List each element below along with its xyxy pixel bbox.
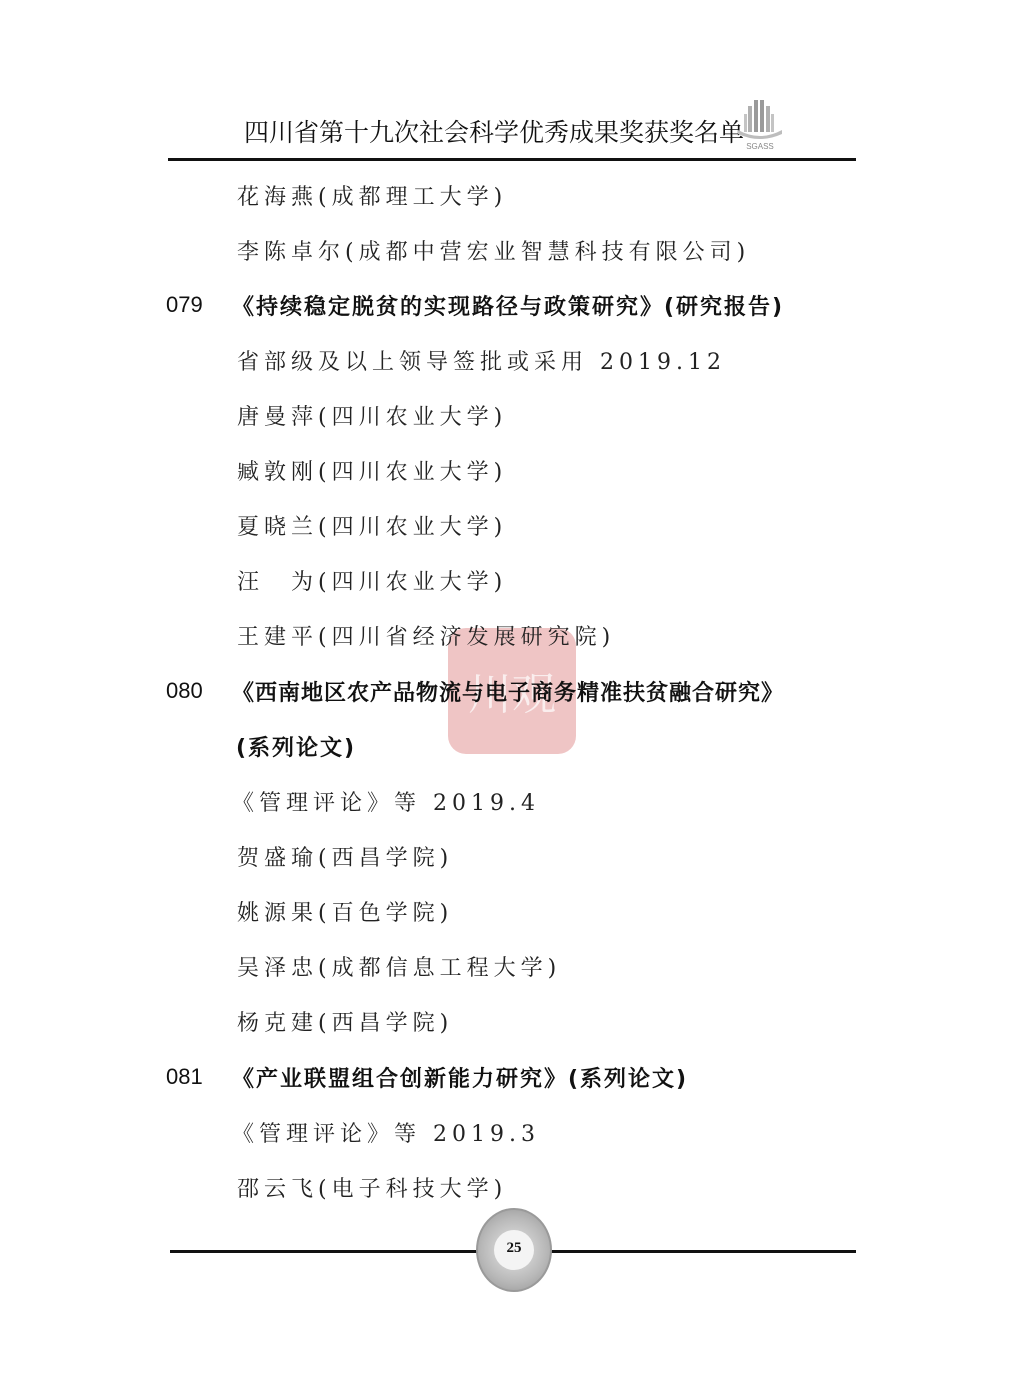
- page-number: 25: [478, 1240, 550, 1257]
- author-line: 王建平(四川省经济发展研究院): [237, 620, 615, 651]
- sgass-logo: SGASS: [734, 98, 786, 156]
- entry-title: 《持续稳定脱贫的实现路径与政策研究》(研究报告): [232, 290, 784, 321]
- entry-title: 《西南地区农产品物流与电子商务精准扶贫融合研究》: [232, 676, 784, 707]
- entry-number: 079: [166, 292, 203, 318]
- footer-divider-right: [546, 1250, 856, 1253]
- author-line: 汪 为(四川农业大学): [237, 565, 507, 596]
- footer-divider-left: [170, 1250, 478, 1253]
- publication-line: 《管理评论》等 2019.3: [232, 1117, 540, 1148]
- author-line: 邵云飞(电子科技大学): [237, 1172, 507, 1203]
- author-line: 姚源果(百色学院): [237, 896, 453, 927]
- author-line: 贺盛瑜(西昌学院): [237, 841, 453, 872]
- author-line: 花海燕(成都理工大学): [237, 180, 507, 211]
- author-line: 杨克建(西昌学院): [237, 1006, 453, 1037]
- publication-line: 省部级及以上领导签批或采用 2019.12: [237, 345, 726, 376]
- logo-text: SGASS: [734, 142, 786, 151]
- page-header-title: 四川省第十九次社会科学优秀成果奖获奖名单: [244, 113, 744, 149]
- publication-line: 《管理评论》等 2019.4: [232, 786, 540, 817]
- header-divider: [168, 158, 856, 161]
- author-line: 夏晓兰(四川农业大学): [237, 510, 507, 541]
- author-line: 臧敦刚(四川农业大学): [237, 455, 507, 486]
- author-line: 唐曼萍(四川农业大学): [237, 400, 507, 431]
- author-line: 吴泽忠(成都信息工程大学): [237, 951, 561, 982]
- author-line: 李陈卓尔(成都中营宏业智慧科技有限公司): [237, 235, 750, 266]
- entry-number: 081: [166, 1064, 203, 1090]
- entry-title: 《产业联盟组合创新能力研究》(系列论文): [232, 1062, 688, 1093]
- page-number-badge: 25: [476, 1208, 552, 1292]
- entry-title-continued: (系列论文): [236, 731, 356, 762]
- entry-number: 080: [166, 678, 203, 704]
- building-logo-icon: [734, 98, 786, 142]
